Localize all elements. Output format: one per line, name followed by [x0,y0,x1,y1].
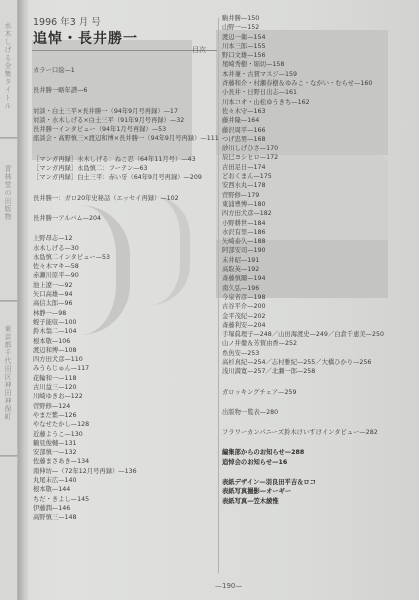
toc-entry: 東浦豊博—180 [222,200,384,209]
toc-entry: 古田足日—174 [222,163,384,172]
toc-entry: 浅川満寛—257／北瀬一郎—258 [222,367,384,376]
toc-entry: 池上遼一—92 [33,281,219,290]
toc-entry: ［マンガ再録］白土三平：赤い牙（64年9月号再録）—209 [33,173,219,182]
toc-entry: 赤瀬川原平—90 [33,271,219,280]
toc-entry: 対談・白土三平×長井勝一（94年9月号再録）—17 [33,107,219,116]
toc-entry: やまだ紫—126 [33,411,219,420]
margin-divider [0,300,18,302]
toc-entry: やなせたかし—128 [33,420,219,429]
toc-entry: ［マンガ再録］永島慎二：フーテン—63 [33,164,219,173]
toc-entry: 四方田犬彦—182 [222,209,384,218]
toc-entry: 古谷平介—200 [222,302,384,311]
toc-entry: どおくまん—175 [222,172,384,181]
toc-entry: ちだ・きよし—145 [33,495,219,504]
toc-entry: 高野慎三—148 [33,513,219,522]
toc-entry: 長井勝一インタビュー（94年1月号再録）—53 [33,125,219,134]
toc-entry: 斎藤利安—204 [222,321,384,330]
toc-entry: 表紙デザイン—羽良田平吉＆ロコ [222,478,384,487]
toc-entry: 山ノ井徹＆芳賀由香—252 [222,339,384,348]
margin-divider [0,455,18,457]
toc-entry: 野口文雄—156 [222,51,384,60]
toc-entry: 鈴木翁二—104 [33,327,219,336]
toc-entry: 佐々木マキ—58 [33,262,219,271]
toc-entry: 座談会・高野慎三×渡辺和博×長井勝一（94年9月号再録）—111 [33,134,219,143]
toc-entry: 花輪和一—118 [33,374,219,383]
header-rule [32,50,217,51]
toc-entry: 安西水丸—178 [222,181,384,190]
toc-entry: フラワーカンパニーズ鈴木けいすけインタビュー—282 [222,428,384,437]
toc-entry: 山野一—152 [222,23,384,32]
toc-entry: 四方田犬彦—110 [33,355,219,364]
toc-entry: 水木しげる—30 [33,244,219,253]
toc-entry: つげ忠男—168 [222,135,384,144]
toc-entry: 渡辺一衛—154 [222,33,384,42]
toc-entry: 糸魚安—253 [222,349,384,358]
toc-entry: 今泉省彦—198 [222,293,384,302]
document-page: 水木しげる全集タイトル 青林堂の出版物 東京都千代田区神田神保町 1996 年3… [0,0,419,600]
toc-entry: カラー口絵—1 [33,66,219,75]
toc-entry: 永島慎二インタビュー—53 [33,253,219,262]
toc-entry: 駒井勝—150 [222,14,384,23]
toc-entry: 高杉真紀—254／志村雅紀—255／大橋ひかり—256 [222,358,384,367]
toc-entry: 金平茂紀—202 [222,312,384,321]
toc-entry: 高取英—192 [222,265,384,274]
toc-entry: 長井勝一略年譜—6 [33,86,219,95]
toc-entry: 丸尾末広—140 [33,476,219,485]
toc-entry: 菅野修—124 [33,402,219,411]
toc-entry: 南久弘—196 [222,284,384,293]
toc-entry: 斎藤慎爾—194 [222,274,384,283]
toc-entry: 古川益三—120 [33,383,219,392]
toc-entry: 佐藤まさあき—134 [33,457,219,466]
toc-entry: 出版物一覧表—280 [222,408,384,417]
toc-entry: ［マンガ再録］水木しげる：ねこ忍（64年11月号）—43 [33,155,219,164]
toc-entry: 手塚眞理子—248／山田海渡史—249／白倉千恵美—250 [222,330,384,339]
toc-right-column: 駒井勝—150 山野一—152 渡辺一衛—154 川本三郎—155 野口文雄—1… [222,14,384,506]
toc-entry: 菅野修—179 [222,191,384,200]
toc-label: 目次 [192,45,206,55]
toc-entry: 小野耕世—184 [222,219,384,228]
toc-entry: 川崎ゆきお—122 [33,392,219,401]
toc-entry: 阿部安司—190 [222,246,384,255]
toc-entry: 藤井隆—164 [222,116,384,125]
toc-entry: 伊藤潤—146 [33,504,219,513]
toc-entry: 砂川しげひさ—170 [222,144,384,153]
toc-entry: 林静一—98 [33,309,219,318]
toc-entry: 安部慎一—132 [33,448,219,457]
margin-text-top: 水木しげる全集タイトル [3,22,13,110]
toc-entry: 鶴見俊輔—131 [33,439,219,448]
margin-text-bottom: 東京都千代田区神田神保町 [3,325,13,421]
toc-entry: ガロッキングチェア—259 [222,388,384,397]
toc-left-column: カラー口絵—1 長井勝一略年譜—6 対談・白土三平×長井勝一（94年9月号再録）… [33,66,219,522]
toc-entry: 斉藤和介・村瀬春樹＆ゆみこ・ながい・むらせ—160 [222,79,384,88]
toc-entry: 蛭子能収—100 [33,318,219,327]
book-gutter-shadow [18,0,28,600]
toc-entry: 辰巳ヨシヒロ—172 [222,153,384,162]
toc-entry: 根本敬—144 [33,485,219,494]
toc-entry: みうらじゅん—117 [33,364,219,373]
toc-entry: 表紙写真—笠木綾惟 [222,497,384,506]
toc-entry: 藤沢周平—166 [222,126,384,135]
toc-entry: 南伸坊—（72年12月号再録）—136 [33,467,219,476]
toc-entry: 矢口高雄—94 [33,290,219,299]
toc-entry: 長井勝一：ガロ20年史秘話（エッセイ再録）—102 [33,194,219,203]
toc-entry: 追悼会のお知らせ—16 [222,458,384,467]
toc-entry: 小長井・日野日出志—161 [222,88,384,97]
toc-entry: 川本三郎—155 [222,42,384,51]
toc-entry: 渡辺和博—108 [33,346,219,355]
toc-entry: 上野昂志—12 [33,234,219,243]
issue-date: 1996 年3 月 号 [33,14,101,28]
page-title: 追悼・長井勝一 [33,28,138,48]
toc-entry: 表紙写真撮影—オーギー [222,487,384,496]
toc-entry: 近藤ようこ—130 [33,430,219,439]
toc-entry: 根本敬—106 [33,337,219,346]
toc-entry: 佐々木守—163 [222,107,384,116]
margin-divider [0,137,18,139]
toc-entry: 水沢有里—186 [222,228,384,237]
previous-page-margin: 水木しげる全集タイトル 青林堂の出版物 東京都千代田区神田神保町 [0,0,18,600]
toc-entry: 対談・水木しげる×白土三平（91年9月号再録）—32 [33,116,219,125]
toc-entry: 川本コオ・山松ゆうきち—162 [222,98,384,107]
toc-entry: 尾崎秀樹・堀切—158 [222,60,384,69]
toc-entry: 長井勝一アルバム—204 [33,214,219,223]
page-number: —190— [215,582,242,590]
toc-entry: 編集部からのお知らせ—288 [222,448,384,457]
toc-entry: 矢崎泰久—188 [222,237,384,246]
toc-entry: 本井兼・古賀マスジ—159 [222,70,384,79]
toc-entry: 末井昭—191 [222,256,384,265]
margin-text-mid: 青林堂の出版物 [3,165,13,221]
toc-entry: 高信太郎—96 [33,299,219,308]
